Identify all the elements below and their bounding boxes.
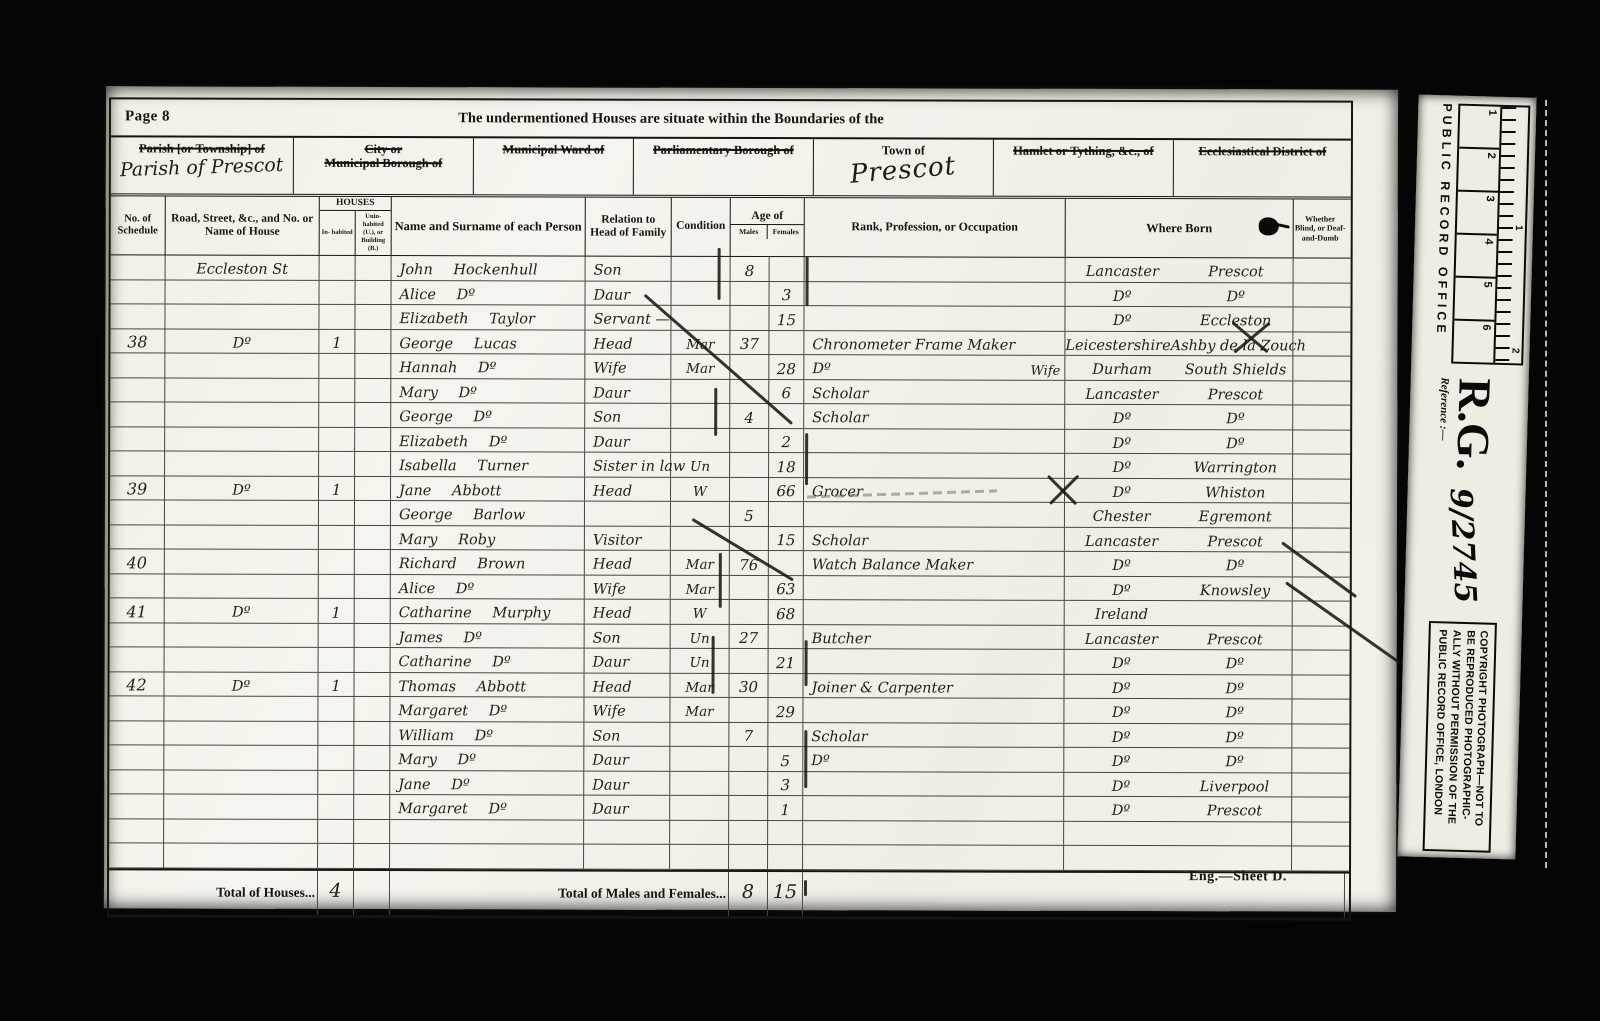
cell-condition — [672, 281, 731, 305]
cell-name: George Lucas — [391, 330, 585, 354]
born-county: Dº — [1065, 657, 1179, 674]
ruler-inch-number: 2 — [1509, 348, 1520, 354]
cell-where-born — [1064, 846, 1292, 870]
cell-relation: Daur — [584, 747, 670, 771]
cell-uninhabited — [354, 795, 390, 819]
cell-road — [164, 770, 318, 794]
header-blind: Whether Blind, or Deaf- and-Dumb — [1294, 199, 1347, 257]
cell-blind — [1293, 405, 1346, 429]
ink-blot — [1259, 217, 1279, 235]
header-where-born-label: Where Born — [1146, 221, 1212, 236]
cell-occupation: Dº — [803, 747, 1064, 771]
geo-label: Municipal Borough of — [324, 156, 442, 171]
cell-relation: Wife — [585, 355, 671, 379]
cell-schedule — [109, 843, 164, 867]
cell-uninhabited — [355, 329, 391, 353]
cell-relation: Sister in law — [585, 453, 671, 477]
cell-where-born: LancasterPrescot — [1065, 527, 1293, 551]
cell-road — [164, 794, 318, 818]
cell-uninhabited — [355, 378, 391, 402]
cell-uninhabited — [355, 550, 391, 574]
cell-uninhabited — [355, 648, 391, 672]
cell-where-born: DºLiverpool — [1064, 772, 1292, 796]
ruler-number: 6 — [1453, 321, 1494, 363]
cell-condition: Mar — [671, 355, 730, 379]
reference-label: Reference :— — [1436, 377, 1451, 469]
cell-age-male: 30 — [729, 673, 768, 697]
cell-age-female: 21 — [769, 649, 804, 673]
cell-road — [165, 623, 319, 647]
cell-name: William Dº — [390, 722, 584, 746]
cell-where-born: DºPrescot — [1064, 797, 1292, 821]
cell-relation: Daur — [585, 379, 671, 403]
born-place: Whiston — [1178, 486, 1292, 503]
cell-age-male — [731, 281, 770, 305]
cell-occupation: Butcher — [804, 625, 1065, 649]
cell-relation: Visitor — [585, 526, 671, 550]
ruler-section: 12 123456 PUBLIC RECORD OFFICE — [1411, 95, 1537, 370]
pro-strip-content: 12 123456 PUBLIC RECORD OFFICE R.G. Refe… — [1397, 95, 1536, 860]
cell-uninhabited — [354, 819, 390, 843]
ink-tally — [805, 640, 808, 686]
cell-age-male — [730, 428, 769, 452]
cell-age-female: 63 — [769, 576, 804, 600]
cell-where-born: ChesterEgremont — [1065, 503, 1293, 527]
geo-cell: Town ofPrescot — [814, 139, 994, 195]
cell-occupation — [804, 453, 1065, 477]
cell-age-female: 5 — [768, 747, 803, 771]
cell-schedule — [110, 647, 165, 671]
cell-condition: Un — [671, 624, 730, 648]
cell-schedule — [110, 451, 165, 475]
census-page: Page 8 The undermentioned Houses are sit… — [104, 86, 1398, 911]
ruler-number: 3 — [1457, 192, 1498, 236]
header-uninhabited: Unin- habited (U.), or Building (B.) — [356, 211, 391, 255]
cell-age-male — [730, 600, 769, 624]
geo-label: City or — [364, 142, 402, 156]
cell-relation: Daur — [585, 649, 671, 673]
header-relation: Relation to Head of Family — [586, 198, 672, 256]
table-row: Mary DºDaur5DºDºDº — [109, 745, 1349, 773]
born-county: Dº — [1064, 804, 1178, 821]
geo-cell: Hamlet or Tything, &c., of — [994, 140, 1174, 196]
geo-label: Parish [or Township] of — [139, 141, 265, 156]
cell-road: Dº — [165, 598, 319, 622]
cell-age-female — [769, 625, 804, 649]
cell-road — [165, 378, 319, 402]
cell-age-male — [730, 575, 769, 599]
copyright-notice: COPYRIGHT PHOTOGRAPH—NOT TOBE REPRODUCED… — [1422, 621, 1497, 853]
cell-schedule — [110, 353, 165, 377]
cell-occupation: DºWife — [804, 355, 1065, 379]
table-row: James DºSonUn27ButcherLancasterPrescot — [110, 623, 1350, 651]
table-row: Margaret DºDaur1DºPrescot — [109, 794, 1349, 822]
ruler: 12 123456 — [1451, 104, 1530, 366]
ink-tally — [805, 433, 808, 485]
cell-road — [165, 549, 319, 573]
cell-blind — [1293, 430, 1346, 454]
total-females-value: 15 — [768, 872, 803, 916]
table-row: 39Dº1Jane AbbottHeadW66GrocerDºWhiston — [110, 476, 1350, 504]
born-county — [1064, 867, 1178, 869]
cell-road — [164, 721, 318, 745]
cell-road — [164, 696, 318, 720]
cell-where-born: LancasterPrescot — [1065, 380, 1293, 404]
cell-occupation — [803, 772, 1064, 796]
cell-schedule — [110, 378, 165, 402]
cell-blind — [1293, 577, 1346, 601]
geo-label: Hamlet or Tything, &c., of — [1013, 144, 1154, 159]
cell-road — [165, 574, 319, 598]
film-splice-line — [1545, 100, 1547, 868]
born-county: Dº — [1064, 681, 1178, 698]
cell-name: Elizabeth Taylor — [391, 305, 585, 329]
cell-schedule — [110, 574, 165, 598]
series-label: R.G. — [1450, 378, 1496, 471]
cell-where-born: DºDº — [1066, 282, 1294, 306]
born-place: Dº — [1178, 706, 1292, 723]
cell-name: Mary Roby — [391, 526, 585, 550]
cell-inhabited — [319, 378, 355, 402]
cell-blind — [1292, 773, 1345, 797]
cell-name: John Hockenhull — [392, 256, 586, 280]
cell-age-male — [729, 845, 768, 869]
cell-road: Eccleston St — [166, 255, 320, 279]
geo-label: Municipal Ward of — [502, 142, 604, 157]
cell-occupation — [803, 698, 1064, 722]
cell-occupation — [804, 600, 1065, 624]
born-county: Dº — [1065, 583, 1179, 600]
born-place — [1178, 623, 1292, 625]
cell-schedule: 40 — [110, 549, 165, 573]
cell-relation: Head — [585, 477, 671, 501]
born-county: Ireland — [1065, 608, 1179, 625]
cell-occupation — [803, 796, 1064, 820]
cell-occupation: Scholar — [804, 527, 1065, 551]
cell-age-male — [730, 649, 769, 673]
cell-relation: Son — [585, 624, 671, 648]
cell-relation: Daur — [584, 771, 670, 795]
cell-age-male — [729, 698, 768, 722]
cell-blind — [1292, 797, 1345, 821]
header-condition: Condition — [672, 198, 731, 256]
cell-road — [166, 280, 320, 304]
cell-name: Jane Abbott — [391, 477, 585, 501]
cell-condition: Un — [671, 453, 730, 477]
cell-schedule: 39 — [110, 476, 165, 500]
cell-name: Richard Brown — [391, 550, 585, 574]
cell-where-born: DºDº — [1064, 723, 1292, 747]
cell-inhabited — [318, 770, 354, 794]
cell-where-born: DºDº — [1064, 699, 1292, 723]
table-row: 41Dº1Catharine MurphyHeadW68Ireland — [110, 598, 1350, 626]
table-row: Margaret DºWifeMar29DºDº — [109, 696, 1349, 724]
cell-uninhabited — [355, 452, 391, 476]
cell-schedule — [111, 255, 166, 279]
cell-age-male: 8 — [731, 257, 770, 281]
cell-road — [165, 525, 319, 549]
cell-occupation — [804, 502, 1065, 526]
cell-age-male: 37 — [730, 330, 769, 354]
cell-age-male — [730, 306, 769, 330]
ink-tally — [806, 256, 809, 306]
cell-relation — [584, 820, 670, 844]
born-place: Prescot — [1178, 633, 1292, 650]
total-persons-label: Total of Males and Females... — [390, 871, 729, 916]
cell-condition — [670, 747, 729, 771]
born-place: Prescot — [1178, 804, 1292, 821]
cell-road: Dº — [165, 329, 319, 353]
geo-label: Parliamentary Borough of — [653, 143, 794, 158]
cell-age-female: 3 — [770, 282, 805, 306]
cell-condition: Mar — [670, 673, 729, 697]
table-row: Eccleston StJohn HockenhullSon8Lancaster… — [111, 255, 1351, 283]
cell-age-male: 7 — [729, 722, 768, 746]
cell-road — [165, 451, 319, 475]
born-place: Prescot — [1179, 388, 1293, 405]
header-occupation: Rank, Profession, or Occupation — [805, 198, 1066, 257]
cell-occupation: Scholar — [804, 404, 1065, 428]
cell-name: Margaret Dº — [390, 697, 584, 721]
geo-cell: Ecclesiastical District of — [1174, 140, 1351, 196]
cell-inhabited — [319, 354, 355, 378]
header-inhabited: In- habited — [320, 211, 356, 255]
cell-schedule — [109, 721, 164, 745]
cell-age-female — [768, 845, 803, 869]
header-where-born: Where Born — [1066, 199, 1294, 258]
born-place: Dº — [1178, 731, 1292, 748]
ink-mark — [804, 880, 807, 896]
cell-schedule: 41 — [110, 598, 165, 622]
handwritten-geo-value: Prescot — [849, 151, 957, 190]
cell-condition — [670, 771, 729, 795]
born-county: Dº — [1065, 412, 1179, 429]
cell-age-female — [770, 257, 805, 281]
cell-inhabited: 1 — [319, 599, 355, 623]
cell-name: James Dº — [391, 624, 585, 648]
cell-occupation — [804, 576, 1065, 600]
cell-name: Alice Dº — [391, 575, 585, 599]
born-place — [1178, 843, 1292, 845]
table-row: Alice DºWifeMar63DºKnowsley — [110, 574, 1350, 602]
cell-age-female: 3 — [768, 772, 803, 796]
table-row: Elizabeth TaylorServant —15DºEccleston — [110, 304, 1350, 332]
cell-schedule — [110, 500, 165, 524]
cell-age-female — [768, 723, 803, 747]
cell-where-born: LancasterPrescot — [1065, 625, 1293, 649]
header-road: Road, Street, &c., and No. or Name of Ho… — [166, 196, 320, 254]
born-county: Lancaster — [1065, 632, 1179, 649]
cell-road — [165, 427, 319, 451]
cell-schedule — [110, 402, 165, 426]
cell-blind — [1292, 724, 1345, 748]
cell-blind — [1293, 454, 1346, 478]
cell-inhabited — [319, 574, 355, 598]
cell-where-born: Ireland — [1065, 601, 1293, 625]
handwritten-geo-value: Parish of Prescot — [120, 154, 284, 181]
cell-inhabited — [318, 697, 354, 721]
cell-relation: Son — [584, 722, 670, 746]
cell-where-born: LancasterPrescot — [1066, 258, 1294, 282]
cell-blind — [1293, 479, 1346, 503]
cell-relation — [584, 845, 670, 869]
cell-occupation — [804, 649, 1065, 673]
cell-inhabited — [319, 623, 355, 647]
table-row: 42Dº1Thomas AbbottHeadMar30Joiner & Carp… — [109, 672, 1349, 700]
ruler-number: 1 — [1459, 106, 1500, 150]
pro-reference-strip: 12 123456 PUBLIC RECORD OFFICE R.G. Refe… — [1397, 95, 1536, 860]
cell-age-female: 15 — [769, 306, 804, 330]
cell-blind — [1293, 356, 1346, 380]
born-place: Dº — [1179, 290, 1293, 307]
cell-name: George Barlow — [391, 501, 585, 525]
born-place: Dº — [1178, 657, 1292, 674]
ink-tally — [804, 730, 807, 788]
header-houses: HOUSES — [320, 197, 391, 211]
cell-inhabited — [318, 819, 354, 843]
cell-blind — [1294, 258, 1347, 282]
cell-condition — [670, 845, 729, 869]
total-males-value: 8 — [729, 871, 768, 915]
cell-road: Dº — [165, 476, 319, 500]
geo-row: Parish [or Township] ofParish of Prescot… — [111, 137, 1351, 199]
cell-age-male — [730, 477, 769, 501]
cell-blind — [1292, 675, 1345, 699]
cell-road: Dº — [164, 672, 318, 696]
cell-where-born: DºKnowsley — [1065, 576, 1293, 600]
cell-inhabited: 1 — [318, 672, 354, 696]
cell-schedule — [109, 745, 164, 769]
cell-occupation — [803, 821, 1064, 845]
born-county — [1064, 843, 1178, 845]
table-row: Elizabeth DºDaur2DºDº — [110, 427, 1350, 455]
table-row: Isabella TurnerSister in lawUn18DºWarrin… — [110, 451, 1350, 479]
cell-blind — [1293, 626, 1346, 650]
reference-section: R.G. Reference :— 9/2745 — [1404, 366, 1529, 617]
cell-road — [164, 819, 318, 843]
born-county: Dº — [1065, 436, 1179, 453]
cell-age-female: 18 — [769, 453, 804, 477]
cell-name: Elizabeth Dº — [391, 428, 585, 452]
cell-blind — [1292, 822, 1345, 846]
cell-inhabited — [319, 427, 355, 451]
cell-condition — [671, 428, 730, 452]
table-row: Mary RobyVisitor15ScholarLancasterPresco… — [110, 525, 1350, 553]
cell-inhabited — [319, 403, 355, 427]
born-place: Dº — [1179, 437, 1293, 454]
cell-age-female — [768, 821, 803, 845]
cell-name: Mary Dº — [390, 746, 584, 770]
cell-age-male — [729, 796, 768, 820]
table-row: Alice DºDaur3DºDº — [111, 280, 1351, 308]
ruler-number: 5 — [1454, 278, 1495, 322]
cell-uninhabited — [354, 770, 390, 794]
cell-uninhabited — [355, 427, 391, 451]
cell-condition: Mar — [670, 698, 729, 722]
header-age: Age of — [731, 198, 804, 224]
cell-inhabited — [319, 525, 355, 549]
cell-age-female: 2 — [769, 429, 804, 453]
born-place: Dº — [1178, 559, 1292, 576]
cell-blind — [1293, 307, 1346, 331]
born-place: Knowsley — [1178, 584, 1292, 601]
photograph-background: Page 8 The undermentioned Houses are sit… — [0, 0, 1600, 1021]
cell-condition — [670, 820, 729, 844]
cell-occupation: Grocer — [804, 478, 1065, 502]
cell-occupation: Watch Balance Maker — [804, 551, 1065, 575]
cell-occupation — [803, 845, 1064, 869]
cell-occupation: Chronometer Frame Maker — [804, 331, 1065, 355]
geo-cell: Parish [or Township] ofParish of Prescot — [111, 137, 294, 193]
cell-where-born: DºWhiston — [1065, 478, 1293, 502]
cell-inhabited: 1 — [319, 476, 355, 500]
cell-blind — [1292, 699, 1345, 723]
cell-condition — [671, 404, 730, 428]
totals-spacer-1 — [354, 870, 390, 914]
cell-name: Thomas Abbott — [390, 673, 584, 697]
cell-name: Jane Dº — [390, 771, 584, 795]
cell-schedule — [109, 696, 164, 720]
cell-inhabited — [319, 501, 355, 525]
cell-road — [165, 647, 319, 671]
cell-age-male: 27 — [730, 624, 769, 648]
born-place: Liverpool — [1178, 780, 1292, 797]
cell-where-born: DºDº — [1065, 429, 1293, 453]
cell-inhabited — [319, 452, 355, 476]
cell-age-female: 66 — [769, 478, 804, 502]
cell-age-male — [729, 820, 768, 844]
born-county: Dº — [1064, 730, 1178, 747]
cell-name: Mary Dº — [391, 379, 585, 403]
cell-schedule: 42 — [109, 672, 164, 696]
cell-age-female: 6 — [769, 380, 804, 404]
ruler-ticks: 12 — [1493, 107, 1528, 364]
born-county: Lancaster — [1065, 387, 1179, 404]
cell-relation: Wife — [584, 698, 670, 722]
cell-relation: Daur — [586, 281, 672, 305]
ink-tally — [719, 553, 722, 608]
cell-road — [164, 843, 318, 867]
table-body: Eccleston StJohn HockenhullSon8Lancaster… — [109, 255, 1351, 871]
cell-relation: Wife — [585, 575, 671, 599]
born-place: Dº — [1179, 412, 1293, 429]
cell-condition — [670, 722, 729, 746]
form-title-row: Page 8 The undermentioned Houses are sit… — [111, 99, 1351, 140]
table-row: Mary DºDaur6ScholarLancasterPrescot — [110, 378, 1350, 406]
cell-age-male: 5 — [730, 502, 769, 526]
cell-schedule — [109, 770, 164, 794]
cell-uninhabited — [355, 476, 391, 500]
cell-inhabited — [318, 795, 354, 819]
cell-blind — [1293, 528, 1346, 552]
cell-uninhabited — [355, 305, 391, 329]
cell-age-female — [768, 674, 803, 698]
ink-tally — [714, 388, 717, 436]
cell-blind — [1292, 846, 1345, 870]
born-county: Dº — [1065, 314, 1179, 331]
cell-uninhabited — [355, 599, 391, 623]
cell-age-female — [769, 502, 804, 526]
cell-where-born: DºDº — [1065, 552, 1293, 576]
table-row: Jane DºDaur3DºLiverpool — [109, 770, 1349, 798]
cell-inhabited — [318, 746, 354, 770]
geo-cell: Municipal Ward of — [474, 138, 634, 194]
cell-name — [390, 820, 584, 844]
cell-schedule — [109, 819, 164, 843]
cell-uninhabited — [355, 403, 391, 427]
cell-age-female: 1 — [768, 796, 803, 820]
cell-blind — [1294, 283, 1347, 307]
